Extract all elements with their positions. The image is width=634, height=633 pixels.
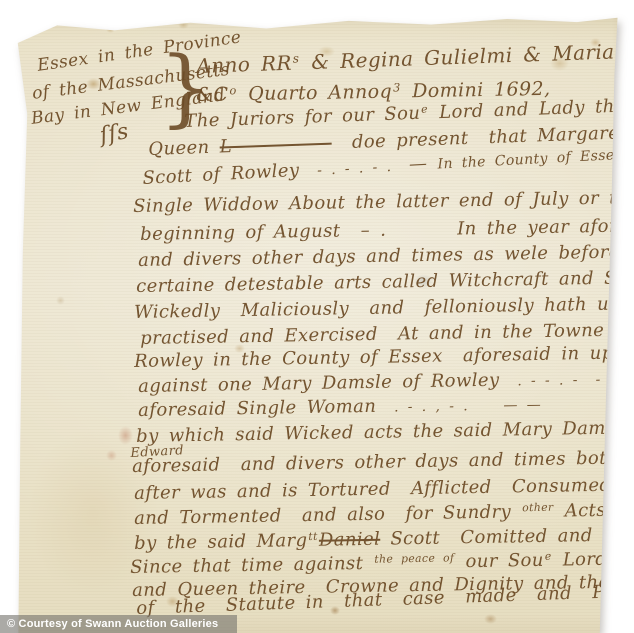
- manuscript-paper: } Essex in the Provinceof the Massachuse…: [0, 0, 634, 633]
- manuscript-line: against one Mary Damsle of Rowley . - - …: [138, 368, 624, 397]
- manuscript-line: Anno RRs & Regina Gulielmi & Maria Angli…: [196, 37, 634, 78]
- stain: [484, 614, 497, 624]
- manuscript-line: certaine detestable arts called Witchcra…: [136, 266, 634, 297]
- manuscript-line: aforesaid and divers other days and time…: [132, 445, 634, 477]
- stain: [106, 450, 117, 461]
- credit-caption: © Courtesy of Swann Auction Galleries: [0, 615, 237, 633]
- manuscript-line: aforesaid Single Woman . - . , - . — —: [138, 393, 541, 421]
- manuscript-line: Wickedly Maliciously and felloniously ha…: [134, 293, 634, 323]
- manuscript-line: beginning of August – . In the year afor…: [140, 215, 634, 245]
- manuscript-line: ſſs: [98, 119, 131, 149]
- manuscript-line: and divers other days and times as wele …: [138, 240, 634, 271]
- stain: [118, 426, 133, 445]
- manuscript-line: Single Widdow About the latter end of Ju…: [133, 187, 634, 217]
- stain: [178, 21, 189, 29]
- stain: [56, 296, 65, 305]
- manuscript-line: by which said Wicked acts the said Mary …: [136, 416, 634, 447]
- photo-frame: } Essex in the Provinceof the Massachuse…: [0, 0, 634, 633]
- manuscript-line: after was and is Tortured Afflicted Cons…: [134, 472, 634, 504]
- credit-text: © Courtesy of Swann Auction Galleries: [7, 618, 218, 630]
- stain: [106, 26, 115, 33]
